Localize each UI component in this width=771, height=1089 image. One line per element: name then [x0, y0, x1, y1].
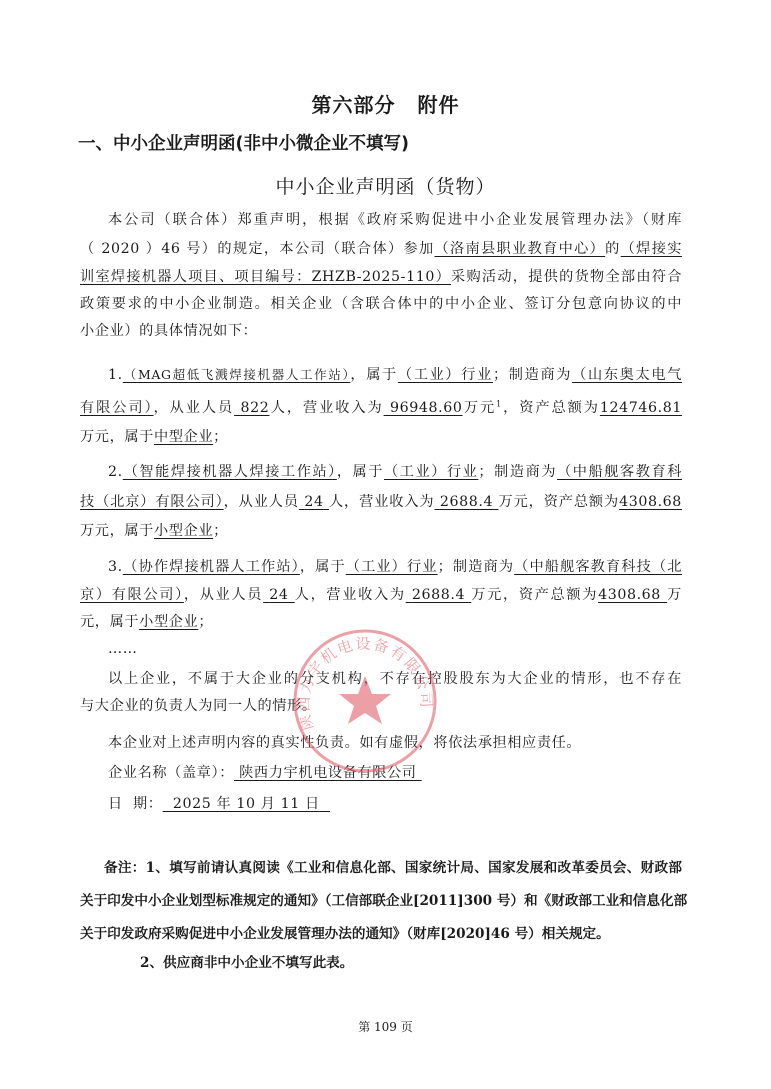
item-2-line-1: 2.（智能焊接机器人焊接工作站），属于（工业）行业；制造商为（中船舰客教育科: [80, 461, 682, 483]
date-row: 日 期： 2025 年 10 月 11 日: [80, 793, 682, 815]
staff-value: 24: [269, 587, 288, 603]
part-title: 第六部分附件: [0, 89, 771, 118]
label: 元，属于: [80, 614, 139, 630]
product-name: （MAG超低飞溅焊接机器人工作站）: [123, 367, 351, 382]
label: 人，营业收入为: [329, 494, 434, 510]
revenue-value: 2688.4: [412, 587, 465, 603]
item-2-line-3: 万元，属于小型企业；: [80, 520, 682, 542]
declaration-title: 中小企业声明函（货物）: [0, 172, 771, 199]
note-text: 备注：1、填写前请认真阅读《工业和信息化部、国家统计局、国家发展和改革委员会、财…: [104, 860, 682, 876]
statement-1-line-2: 与大企业的负责人为同一人的情形。: [80, 695, 682, 717]
label: ；制造商为: [493, 367, 572, 383]
label: ；: [198, 614, 213, 630]
date-text: 2025 年 10 月 11 日: [173, 796, 320, 812]
product-name: （智能焊接机器人焊接工作站）: [123, 464, 337, 480]
intro-line-5: 小企业）的具体情况如下：: [80, 320, 682, 342]
intro-line-3: 训室焊接机器人项目、项目编号：ZHZB-2025-110）采购活动，提供的货物全…: [80, 266, 682, 288]
company-row: 企业名称（盖章）： 陕西力宇机电设备有限公司: [80, 762, 682, 784]
industry: （工业）行业: [398, 367, 493, 383]
enterprise-size: 小型企业: [139, 614, 198, 630]
date-label: 日 期：: [108, 796, 163, 812]
company-label: 企业名称（盖章）：: [108, 765, 234, 781]
label: 万元，属于: [80, 429, 154, 445]
label: ；制造商为: [478, 464, 557, 480]
manufacturer-name: 有限公司）: [80, 400, 154, 416]
staff-value: 24: [304, 494, 323, 510]
intro-text: 本公司（联合体）郑重声明，根据《政府采购促进中小企业发展管理办法》（财库: [108, 212, 682, 228]
note-text: 关于印发中小企业划型标准规定的通知》（工信部联企业[2011]300 号）和《财…: [80, 893, 687, 909]
ellipsis: ……: [80, 638, 682, 660]
enterprise-size: 小型企业: [154, 523, 213, 539]
statement-text: 本企业对上述声明内容的真实性负责。如有虚假，将依法承担相应责任。: [108, 735, 581, 751]
revenue: 2688.4: [406, 587, 472, 603]
label: 万元，属于: [80, 523, 154, 539]
item-number: 2.: [108, 464, 123, 480]
label: ，从业人员: [154, 400, 235, 416]
item-1-line-3: 万元，属于中型企业；: [80, 426, 682, 448]
item-1-line-2: 有限公司），从业人员 822人，营业收入为 96948.60万元1，资产总额为1…: [80, 397, 682, 419]
statement-2: 本企业对上述声明内容的真实性负责。如有虚假，将依法承担相应责任。: [80, 732, 682, 754]
label: ；制造商为: [438, 559, 515, 575]
statement-text: 与大企业的负责人为同一人的情形。: [80, 698, 317, 714]
label: ，属于: [300, 559, 346, 575]
statement-1-line-1: 以上企业，不属于大企业的分支机构，不存在控股股东为大企业的情形，也不存在: [80, 668, 682, 690]
project-name: 训室焊接机器人项目、项目编号：ZHZB-2025-110）: [80, 269, 451, 285]
note-2: 2、供应商非中小企业不填写此表。: [80, 952, 682, 974]
note-1-line-2: 关于印发中小企业划型标准规定的通知》（工信部联企业[2011]300 号）和《财…: [80, 890, 682, 912]
purchaser-name: （洛南县职业教育中心）: [435, 241, 606, 257]
manufacturer-name: （山东奥太电气: [572, 367, 682, 383]
label: 万元，资产总额为: [499, 494, 620, 510]
total-assets: 4308.68: [619, 494, 682, 510]
manufacturer-name: （中船舰客教育科技（北: [514, 559, 682, 575]
item-1-line-1: 1.（MAG超低飞溅焊接机器人工作站），属于（工业）行业；制造商为（山东奥太电气: [80, 364, 682, 386]
part-title-name: 附件: [418, 93, 460, 117]
note-1-line-1: 备注：1、填写前请认真阅读《工业和信息化部、国家统计局、国家发展和改革委员会、财…: [80, 857, 682, 879]
item-number: 3.: [108, 559, 123, 575]
revenue: 2688.4: [434, 494, 498, 510]
label: ，资产总额为: [502, 400, 600, 416]
intro-text: （ 2020 ）46 号）的规定，本公司（联合体）参加: [80, 241, 435, 257]
label: 万: [667, 587, 682, 603]
assets-value: 4308.68: [598, 587, 661, 603]
enterprise-size: 中型企业: [154, 429, 213, 445]
note-text: 2、供应商非中小企业不填写此表。: [140, 955, 353, 971]
manufacturer-name: （中船舰客教育科: [557, 464, 682, 480]
section-title: 一、中小企业声明函(非中小微企业不填写): [78, 130, 409, 155]
industry: （工业）行业: [384, 464, 478, 480]
industry: （工业）行业: [346, 559, 438, 575]
total-assets: 4308.68: [598, 587, 667, 603]
label: ，从业人员: [224, 494, 299, 510]
project-name: （焊接实: [621, 241, 682, 257]
date-value: 2025 年 10 月 11 日: [163, 796, 330, 812]
part-title-number: 第六部分: [312, 93, 396, 117]
intro-text: 小企业）的具体情况如下：: [80, 323, 257, 339]
label: ；: [213, 429, 228, 445]
intro-text: 采购活动，提供的货物全部由符合: [451, 269, 682, 285]
intro-text: 的: [605, 241, 621, 257]
product-name: （协作焊接机器人工作站）: [123, 559, 300, 575]
page-number: 第 109 页: [0, 1018, 771, 1035]
note-1-line-3: 关于印发政府采购促进中小企业发展管理办法的通知》（财库[2020]46 号）相关…: [80, 923, 682, 945]
label: ，从业人员: [184, 587, 263, 603]
note-text: 关于印发政府采购促进中小企业发展管理办法的通知》（财库[2020]46 号）相关…: [80, 926, 610, 942]
staff-count: 24: [263, 587, 295, 603]
intro-line-4: 政策要求的中小企业制造。相关企业（含联合体中的中小企业、签订分包意向协议的中: [80, 293, 682, 315]
staff-count: 24: [299, 494, 329, 510]
company-name: 陕西力宇机电设备有限公司: [234, 765, 422, 781]
label: 万元，资产总额为: [471, 587, 598, 603]
intro-line-1: 本公司（联合体）郑重声明，根据《政府采购促进中小企业发展管理办法》（财库: [80, 209, 682, 231]
label: 万元: [463, 400, 497, 416]
revenue-value: 2688.4: [440, 494, 493, 510]
staff-count: 822: [234, 400, 269, 416]
label: ；: [213, 523, 228, 539]
manufacturer-name: 京）有限公司）: [80, 587, 184, 603]
document-page: 第六部分附件 一、中小企业声明函(非中小微企业不填写) 中小企业声明函（货物） …: [0, 0, 771, 1089]
item-3-line-1: 3.（协作焊接机器人工作站），属于（工业）行业；制造商为（中船舰客教育科技（北: [80, 556, 682, 578]
label: ，属于: [337, 464, 384, 480]
statement-text: 以上企业，不属于大企业的分支机构，不存在控股股东为大企业的情形，也不存在: [108, 671, 682, 687]
staff-value: 822: [241, 400, 270, 416]
label: 人，营业收入为: [269, 400, 383, 416]
manufacturer-name: 技（北京）有限公司）: [80, 494, 224, 510]
revenue-value: 96948.60: [390, 400, 463, 416]
item-3-line-3: 元，属于小型企业；: [80, 611, 682, 633]
intro-text: 政策要求的中小企业制造。相关企业（含联合体中的中小企业、签订分包意向协议的中: [80, 296, 682, 312]
item-3-line-2: 京）有限公司），从业人员 24 人，营业收入为 2688.4 万元，资产总额为4…: [80, 584, 682, 606]
item-number: 1.: [108, 367, 123, 383]
revenue: 96948.60: [384, 400, 463, 416]
label: ，属于: [350, 367, 398, 383]
item-2-line-2: 技（北京）有限公司），从业人员 24 人，营业收入为 2688.4 万元，资产总…: [80, 491, 682, 513]
label: 人，营业收入为: [295, 587, 406, 603]
intro-line-2: （ 2020 ）46 号）的规定，本公司（联合体）参加（洛南县职业教育中心）的（…: [80, 238, 682, 260]
total-assets: 124746.81: [600, 400, 682, 416]
company-name-value: 陕西力宇机电设备有限公司: [239, 765, 416, 781]
